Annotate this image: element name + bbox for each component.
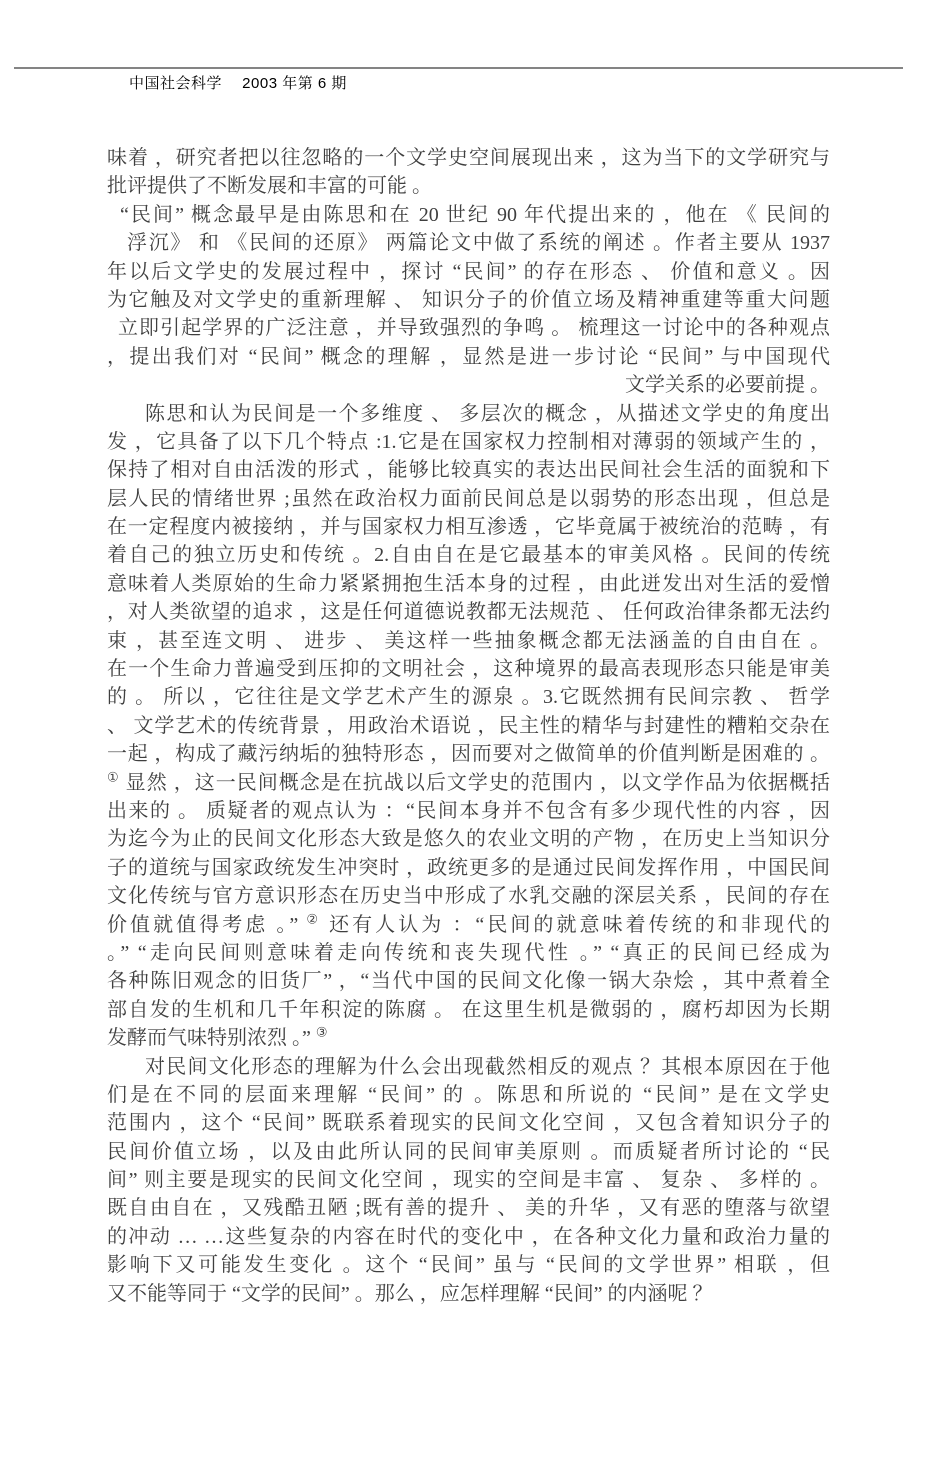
text-line: 价值就值得考虑 。” ② 还有人认为 ：“民间的就意味着传统的和非现代的 bbox=[107, 911, 830, 939]
text-line: “民间” 概念最早是由陈思和在 20 世纪 90 年代提出来的 ，他在 《 民间… bbox=[107, 201, 830, 229]
text-line: 子的道统与国家政统发生冲突时 ，政统更多的是通过民间发挥作用 ，中国民间 bbox=[107, 854, 830, 882]
text-line: 文化传统与官方意识形态在历史当中形成了水乳交融的深层关系 ，民间的存在 bbox=[107, 882, 830, 910]
text-line: 浮沉》 和 《民间的还原》 两篇论文中做了系统的阐述 。作者主要从 1937 bbox=[107, 229, 830, 257]
text-line: 部自发的生机和几千年积淀的陈腐 。 在这里生机是微弱的 ，腐朽却因为长期 bbox=[107, 996, 830, 1024]
text-line: 发 ，它具备了以下几个特点 :1.它是在国家权力控制相对薄弱的领域产生的 ， bbox=[107, 428, 830, 456]
text-line: 范围内 ，这个 “民间” 既联系着现实的民间文化空间 ，又包含着知识分子的 bbox=[107, 1109, 830, 1137]
text-line: ，对人类欲望的追求 ，这是任何道德说教都无法规范 、 任何政治律条都无法约 bbox=[107, 598, 830, 626]
footnote-ref: ③ bbox=[316, 1024, 328, 1039]
text-line: 意味着人类原始的生命力紧紧拥抱生活本身的过程 ，由此迸发出对生活的爱憎 bbox=[107, 570, 830, 598]
text-line: 们是在不同的层面来理解 “民间” 的 。陈思和所说的 “民间” 是在文学史 bbox=[107, 1081, 830, 1109]
text-line: ① 显然 ，这一民间概念是在抗战以后文学史的范围内 ，以文学作品为依据概括 bbox=[107, 769, 830, 797]
text-line: 在一个生命力普遍受到压抑的文明社会 ，这种境界的最高表现形态只能是审美 bbox=[107, 655, 830, 683]
text-line: 文学关系的必要前提 。 bbox=[107, 371, 830, 399]
text-line: 年以后文学史的发展过程中 ，探讨 “民间” 的存在形态 、 价值和意义 。因 bbox=[107, 258, 830, 286]
text-line: ，提出我们对 “民间” 概念的理解 ，显然是进一步讨论 “民间” 与中国现代 bbox=[107, 343, 830, 371]
text-line: 为它触及对文学史的重新理解 、 知识分子的价值立场及精神重建等重大问题 bbox=[107, 286, 830, 314]
text-line: 为迄今为止的民间文化形态大致是悠久的农业文明的产物 ，在历史上当知识分 bbox=[107, 825, 830, 853]
text-line: 陈思和认为民间是一个多维度 、 多层次的概念 ，从描述文学史的角度出 bbox=[107, 400, 830, 428]
text-line: 批评提供了不断发展和丰富的可能 。 bbox=[107, 172, 830, 200]
text-line: 民间价值立场 ，以及由此所认同的民间审美原则 。而质疑者所讨论的 “民 bbox=[107, 1138, 830, 1166]
text-line: 味着 ，研究者把以往忽略的一个文学史空间展现出来 ，这为当下的文学研究与 bbox=[107, 144, 830, 172]
header-divider bbox=[14, 67, 903, 69]
text-line: 的冲动 … …这些复杂的内容在时代的变化中 ，在各种文化力量和政治力量的 bbox=[107, 1223, 830, 1251]
text-line: 束 ，甚至连文明 、 进步 、 美这样一些抽象概念都无法涵盖的自由自在 。 bbox=[107, 627, 830, 655]
journal-page: 中国社会科学 2003 年第 6 期 味着 ，研究者把以往忽略的一个文学史空间展… bbox=[0, 0, 950, 1482]
text-line: 又不能等同于 “文学的民间” 。那么 ，应怎样理解 “民间” 的内涵呢 ？ bbox=[107, 1280, 830, 1308]
text-line: 各种陈旧观念的旧货厂” ，“当代中国的民间文化像一锅大杂烩 ，其中煮着全 bbox=[107, 967, 830, 995]
text-line: 影响下又可能发生变化 。这个 “民间” 虽与 “民间的文学世界” 相联 ，但 bbox=[107, 1251, 830, 1279]
footnote-ref: ① bbox=[107, 769, 120, 784]
text-line: 的 。 所以 ，它往往是文学艺术产生的源泉 。3.它既然拥有民间宗教 、 哲学 bbox=[107, 683, 830, 711]
text-line: 一起 ，构成了藏污纳垢的独特形态 ，因而要对之做简单的价值判断是困难的 。 bbox=[107, 740, 830, 768]
text-line: 立即引起学界的广泛注意 ，并导致强烈的争鸣 。 梳理这一讨论中的各种观点 bbox=[107, 314, 830, 342]
text-line: 保持了相对自由活泼的形式 ，能够比较真实的表达出民间社会生活的面貌和下 bbox=[107, 456, 830, 484]
text-line: 着自己的独立历史和传统 。2.自由自在是它最基本的审美风格 。民间的传统 bbox=[107, 541, 830, 569]
text-line: 既自由自在 ，又残酷丑陋 ;既有善的提升 、 美的升华 ，又有恶的堕落与欲望 bbox=[107, 1194, 830, 1222]
journal-header: 中国社会科学 2003 年第 6 期 bbox=[129, 74, 347, 94]
text-line: 在一定程度内被接纳 ，并与国家权力相互渗透 ，它毕竟属于被统治的范畴 ，有 bbox=[107, 513, 830, 541]
text-line: 间” 则主要是现实的民间文化空间 ，现实的空间是丰富 、 复杂 、 多样的 。 bbox=[107, 1166, 830, 1194]
text-line: 出来的 。 质疑者的观点认为 ：“民间本身并不包含有多少现代性的内容 ，因 bbox=[107, 797, 830, 825]
text-line: 层人民的情绪世界 ;虽然在政治权力面前民间总是以弱势的形态出现 ，但总是 bbox=[107, 485, 830, 513]
text-line: 对民间文化形态的理解为什么会出现截然相反的观点 ？其根本原因在于他 bbox=[107, 1053, 830, 1081]
footnote-ref: ② bbox=[306, 911, 321, 926]
article-body: 味着 ，研究者把以往忽略的一个文学史空间展现出来 ，这为当下的文学研究与批评提供… bbox=[107, 144, 830, 1308]
text-line: 、 文学艺术的传统背景 ，用政治术语说 ，民主性的精华与封建性的糟粕交杂在 bbox=[107, 712, 830, 740]
text-line: 。” “走向民间则意味着走向传统和丧失现代性 。” “真正的民间已经成为 bbox=[107, 939, 830, 967]
text-line: 发酵而气味特别浓烈 。” ③ bbox=[107, 1024, 830, 1052]
